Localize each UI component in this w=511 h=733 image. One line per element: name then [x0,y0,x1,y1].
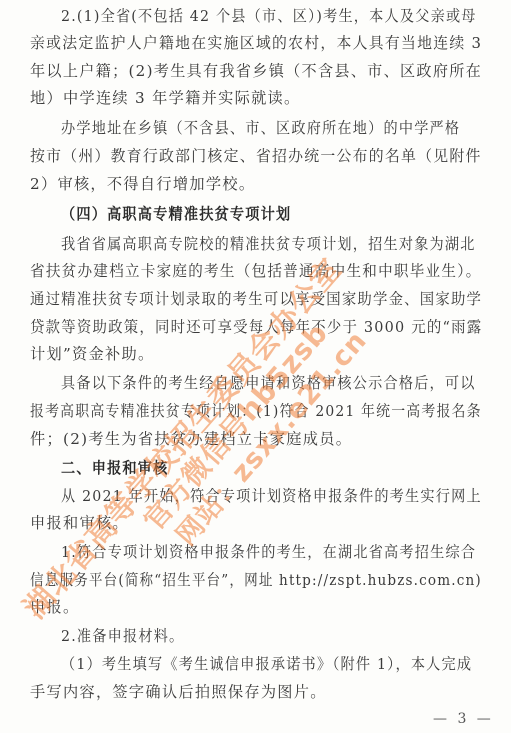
text-line: 1.符合专项计划资格申报条件的考生，在湖北省高考招生综合 [61,542,482,562]
text-line: 我省省属高职高专院校的精准扶贫专项计划，招生对象为湖北 [61,234,482,254]
text-line: 省扶贫办建档立卡家庭的考生（包括普通高中生和中职毕业生）。 [30,261,464,281]
text-line: 2.(1)全省(不包括 42 个县（市、区）)考生，本人及父亲或母 [61,6,482,26]
text-line: 2）审核，不得自行增加学校。 [30,174,482,194]
text-line: 地）中学连续 3 年学籍并实际就读。 [30,88,482,108]
text-line: 通过精准扶贫专项计划录取的考生可以享受国家助学金、国家助学 [30,289,457,309]
section-heading: （四）高职高专精准扶贫专项计划 [61,204,482,224]
text-line: （1）考生填写《考生诚信申报承诺书》（附件 1），本人完成 [61,654,482,674]
text-line: 申报。 [30,597,482,617]
text-line: 手写内容，签字确认后拍照保存为图片。 [30,682,482,702]
text-line: 件；(2)考生为省扶贫办建档立卡家庭成员。 [30,429,482,449]
text-line: 计划”资金补助。 [30,344,482,364]
text-line: 办学地址在乡镇（不含县、市、区政府所在地）的中学严格 [61,118,482,138]
page-number: — 3 — [433,711,494,727]
text-line: 申报和审核。 [30,513,482,533]
text-line: 从 2021 年开始，符合专项计划资格申报条件的考生实行网上 [61,486,482,506]
document-page: 2.(1)全省(不包括 42 个县（市、区）)考生，本人及父亲或母亲或法定监护人… [0,0,511,733]
section-heading: 二、申报和审核 [61,458,482,478]
text-line: 具备以下条件的考生经自愿申请和资格审核公示合格后，可以 [61,373,482,393]
text-line: 按市（州）教育行政部门核定、省招办统一公布的名单（见附件 [30,146,472,166]
text-line: 亲或法定监护人户籍地在实施区域的农村，本人具有当地连续 3 [30,33,472,53]
text-line: 信息服务平台(简称“招生平台”，网址 http://zspt.hubzs.com… [30,570,434,590]
text-line: 贷款等资助政策，同时还可享受每人每年不少于 3000 元的“雨露 [30,317,458,337]
text-line: 报考高职高专精准扶贫专项计划：(1)符合 2021 年统一高考报名条 [30,401,444,421]
text-line: 年以上户籍；(2)考生具有我省乡镇（不含县、市、区政府所在 [30,61,480,81]
text-line: 2.准备申报材料。 [61,626,482,646]
